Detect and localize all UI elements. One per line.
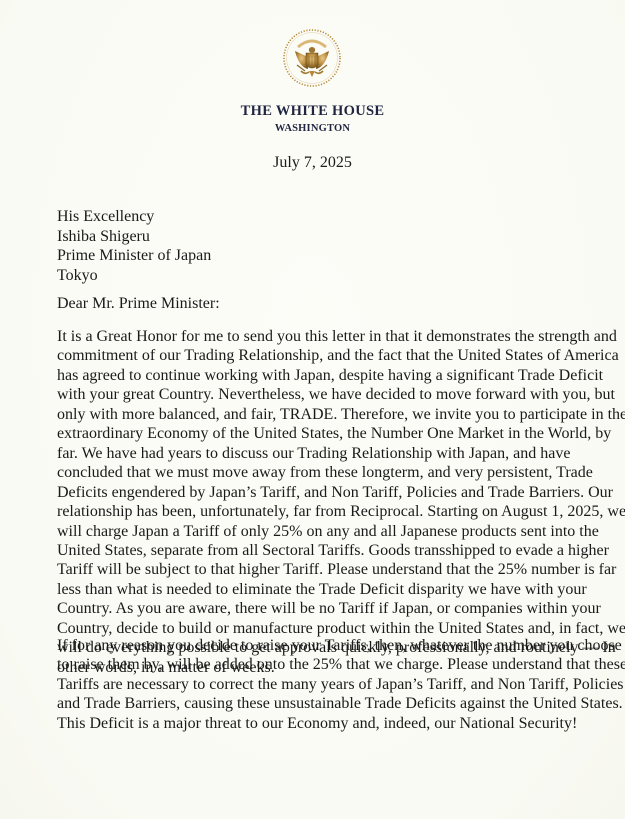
paragraph-line: far. We have had years to discuss our Tr… (57, 444, 625, 463)
paragraph-line: Tariffs are necessary to correct the man… (57, 675, 625, 694)
paragraph-line: It is a Great Honor for me to send you t… (57, 327, 625, 346)
paragraph-line: Deficits engendered by Japan’s Tariff, a… (57, 483, 625, 502)
body-paragraph-1: It is a Great Honor for me to send you t… (57, 327, 625, 677)
paragraph-line: less than what is needed to eliminate th… (57, 580, 625, 599)
paragraph-line: will charge Japan a Tariff of only 25% o… (57, 522, 625, 541)
paragraph-line: relationship has been, unfortunately, fa… (57, 502, 625, 521)
paragraph-line: to raise them by, will be added onto the… (57, 655, 625, 674)
recipient-address: His Excellency Ishiba Shigeru Prime Mini… (57, 207, 211, 285)
paragraph-line: United States, separate from all Sectora… (57, 541, 625, 560)
address-line: Tokyo (57, 266, 211, 286)
address-line: Ishiba Shigeru (57, 227, 211, 247)
salutation: Dear Mr. Prime Minister: (57, 294, 220, 314)
body-paragraph-2: If for any reason you decide to raise yo… (57, 636, 625, 733)
paragraph-line: extraordinary Economy of the United Stat… (57, 424, 625, 443)
paragraph-line: This Deficit is a major threat to our Ec… (57, 714, 625, 733)
paragraph-line: and Trade Barriers, causing these unsust… (57, 694, 625, 713)
letter-date: July 7, 2025 (0, 154, 625, 172)
address-line: His Excellency (57, 207, 211, 227)
paragraph-line: with your great Country. Nevertheless, w… (57, 385, 625, 404)
paragraph-line: only with more balanced, and fair, TRADE… (57, 405, 625, 424)
letterhead-title: THE WHITE HOUSE (0, 103, 625, 120)
letterhead-subtitle: WASHINGTON (0, 123, 625, 134)
paragraph-line: If for any reason you decide to raise yo… (57, 636, 625, 655)
paragraph-line: has agreed to continue working with Japa… (57, 366, 625, 385)
paragraph-line: commitment of our Trading Relationship, … (57, 346, 625, 365)
paragraph-line: Tariff will be subject to that higher Ta… (57, 560, 625, 579)
address-line: Prime Minister of Japan (57, 246, 211, 266)
letter-page: THE WHITE HOUSE WASHINGTON July 7, 2025 … (0, 0, 625, 819)
paragraph-line: concluded that we must move away from th… (57, 463, 625, 482)
presidential-seal-icon (281, 27, 343, 89)
paragraph-line: Country. As you are aware, there will be… (57, 599, 625, 618)
